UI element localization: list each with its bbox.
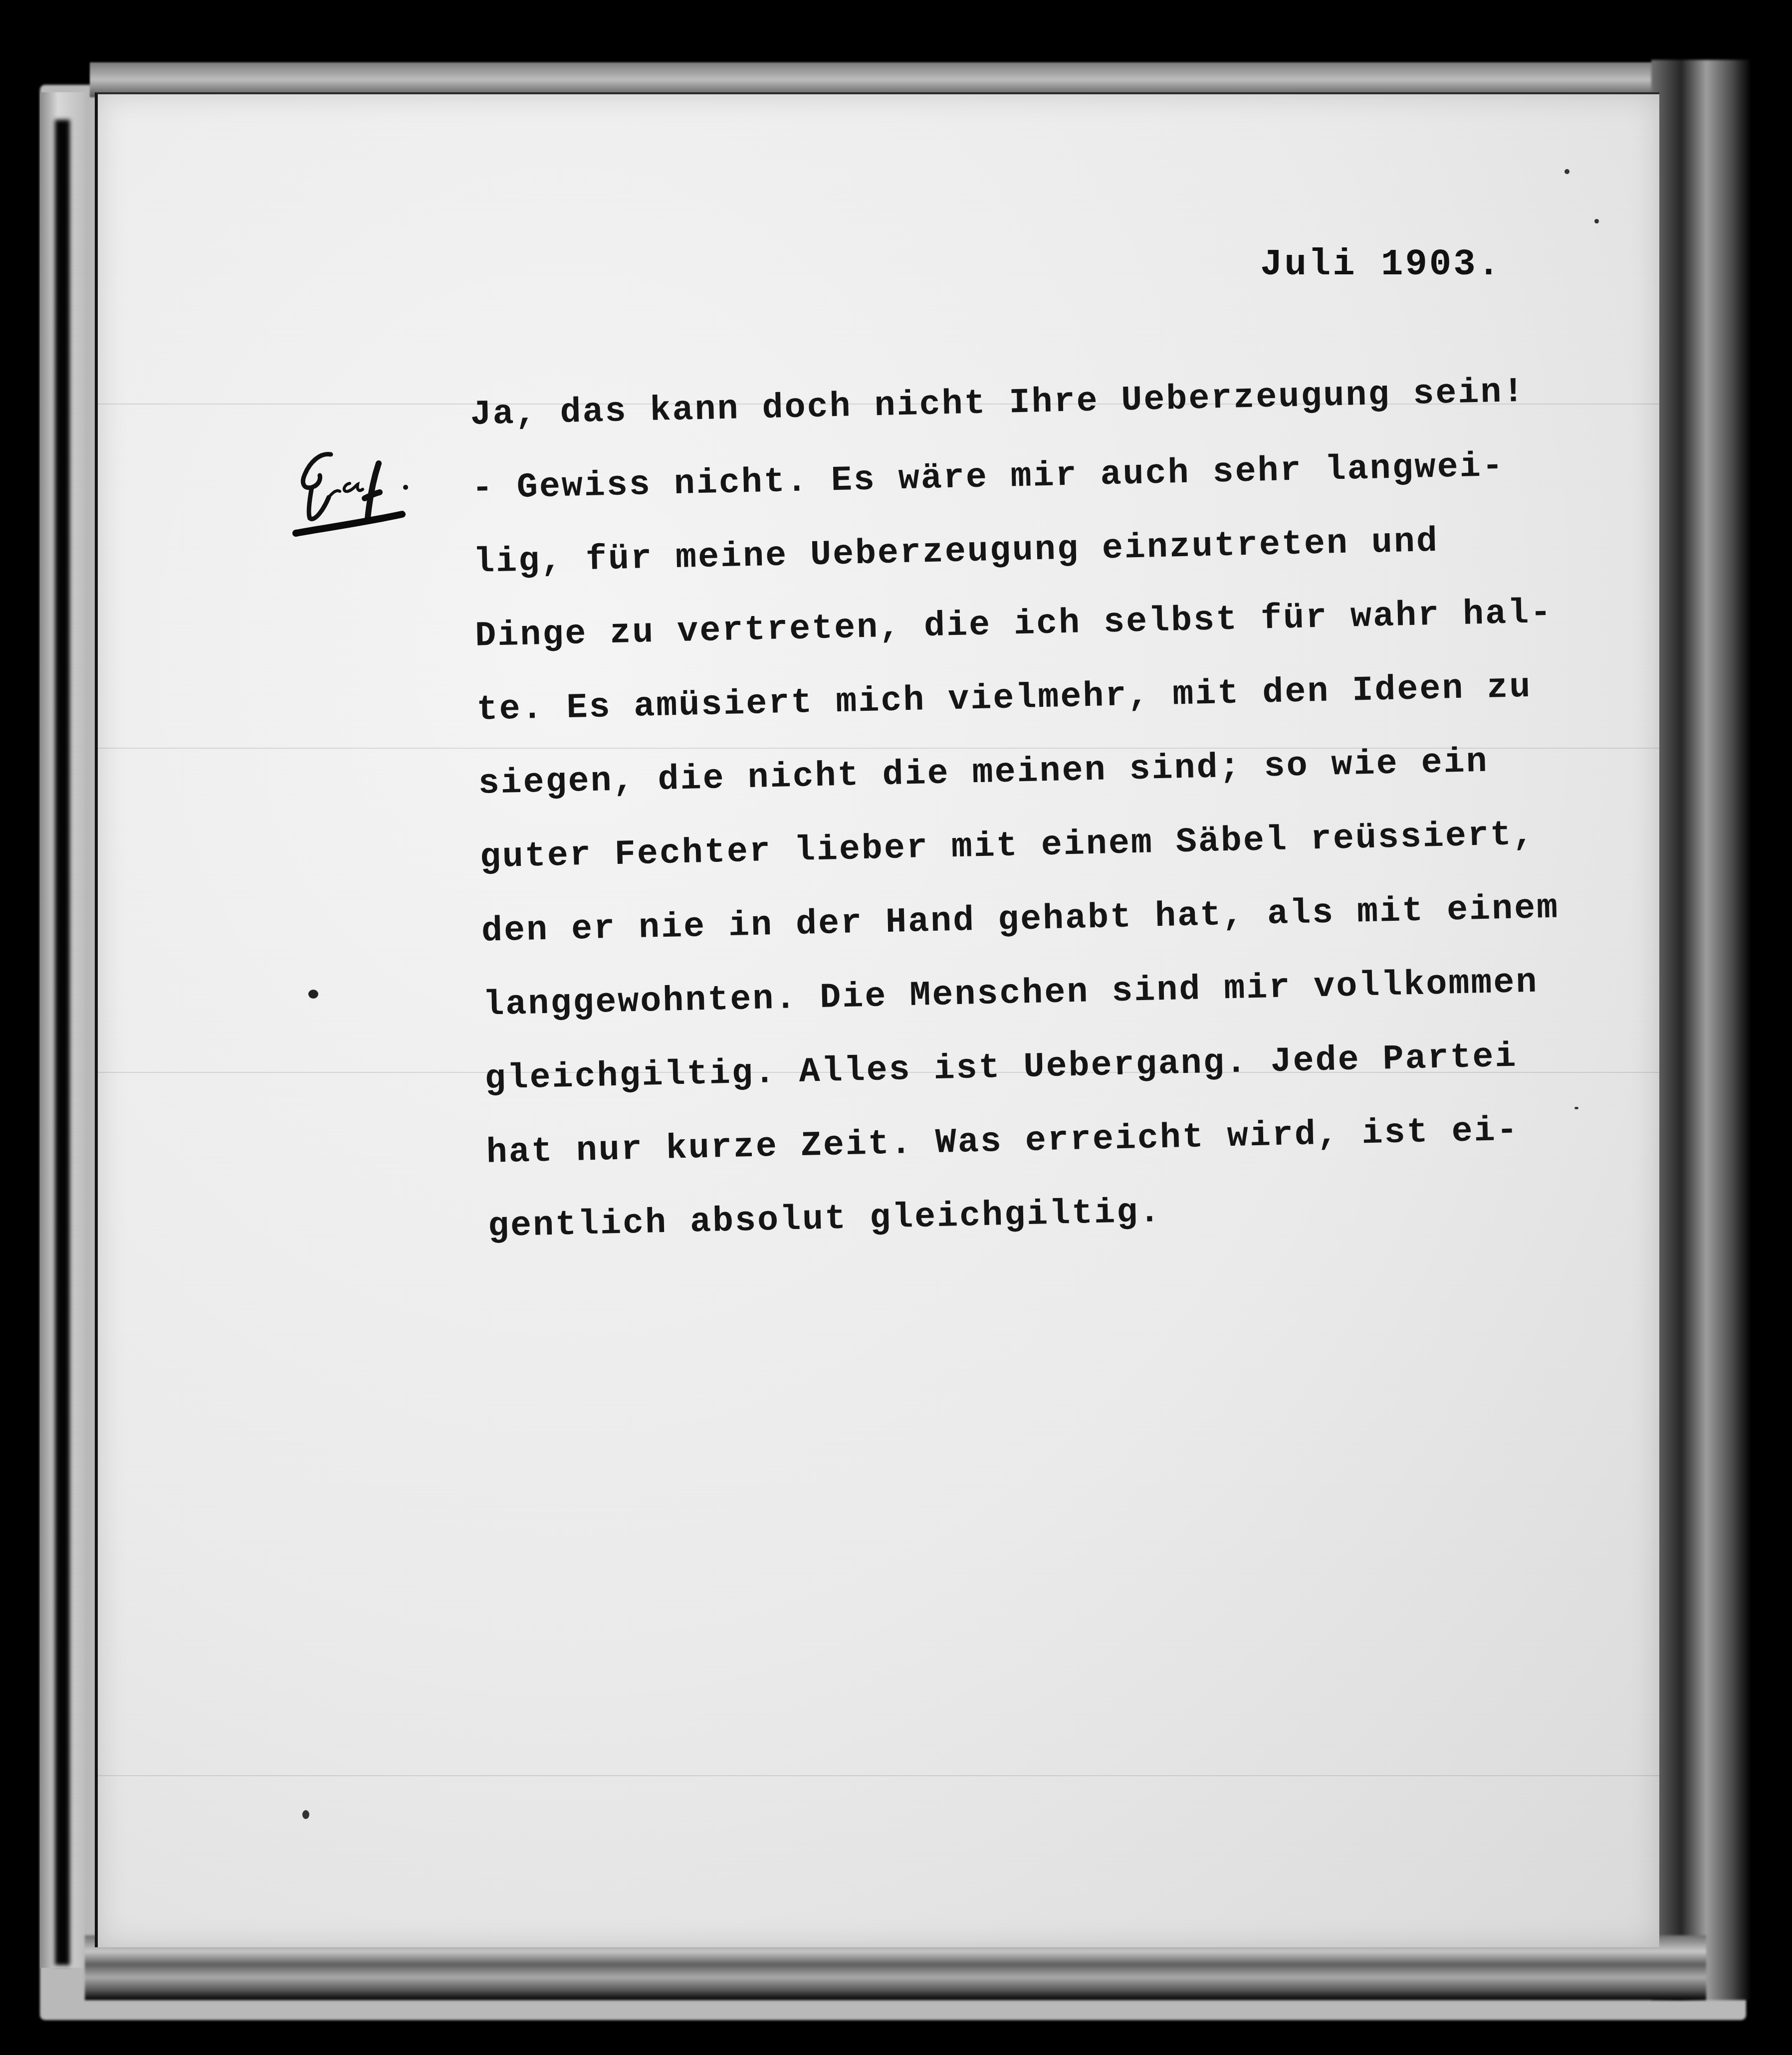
paper-speck bbox=[302, 1810, 309, 1819]
typewritten-sheet: Juli 1903. Graf. Ja, das kann doch nicht… bbox=[95, 92, 1659, 1947]
paper-speck bbox=[1565, 169, 1569, 174]
handwritten-annotation-graf: Graf. bbox=[290, 443, 420, 538]
faint-ruling-line bbox=[98, 1775, 1659, 1776]
document-date: Juli 1903. bbox=[1260, 244, 1502, 286]
typewritten-body: Ja, das kann doch nicht Ihre Ueberzeugun… bbox=[469, 351, 1736, 1264]
paper-speck bbox=[1574, 1107, 1578, 1109]
ink-dot-mark bbox=[308, 990, 318, 999]
paper-speck bbox=[1594, 219, 1599, 223]
page-binding-shadow bbox=[55, 120, 70, 1965]
